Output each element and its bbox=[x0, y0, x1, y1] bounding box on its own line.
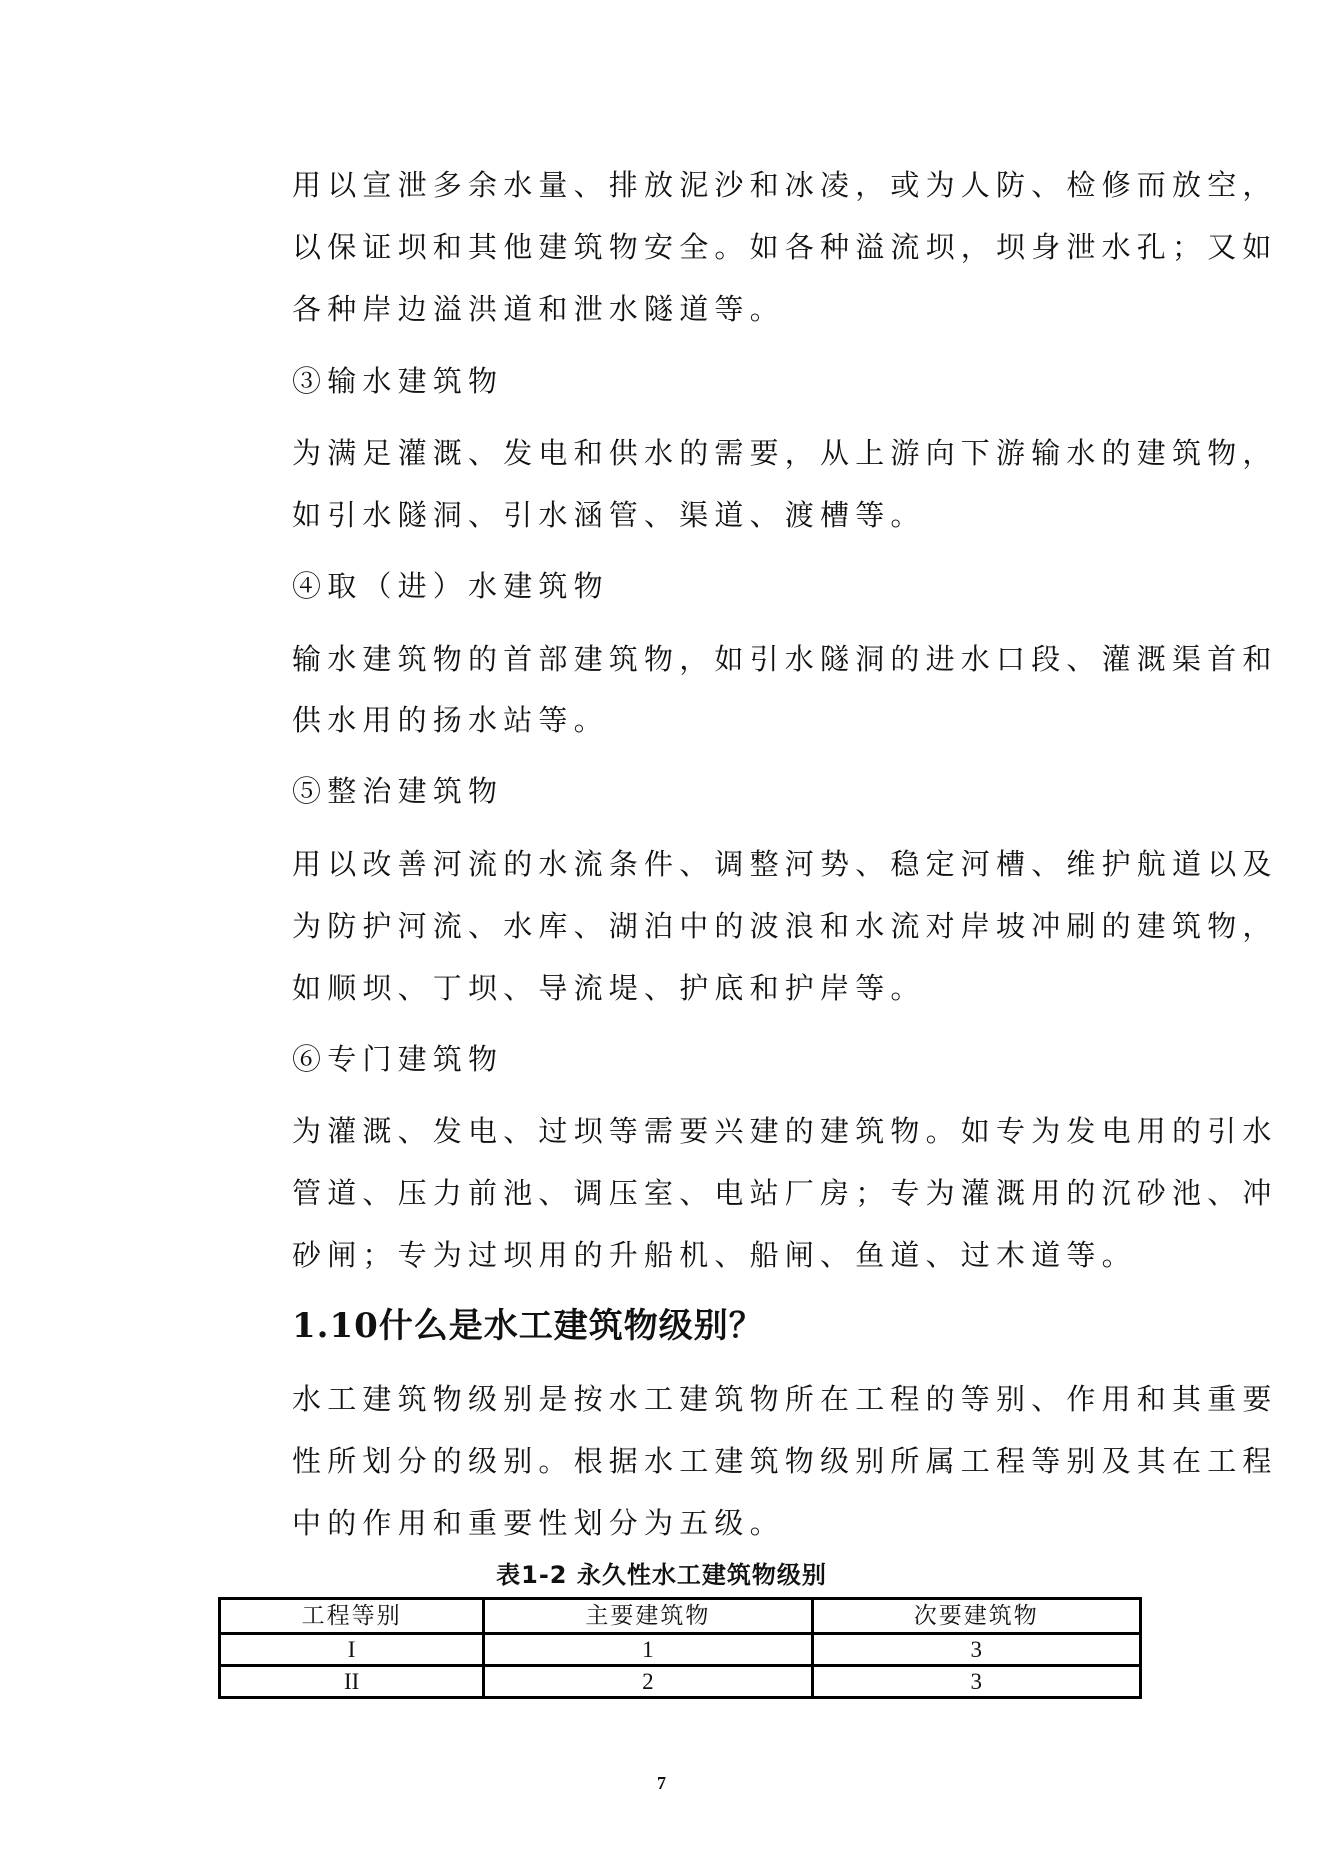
paragraph-line: 为防护河流、水库、湖泊中的波浪和水流对岸坡冲刷的建筑物， bbox=[292, 908, 1278, 944]
table-cell: 3 bbox=[812, 1634, 1140, 1666]
section-heading: 1.10什么是水工建筑物级别？ bbox=[292, 1306, 764, 1346]
building-grade-table: 工程等别 主要建筑物 次要建筑物 I 1 3 II 2 3 bbox=[218, 1597, 1142, 1699]
page-number: 7 bbox=[0, 1773, 1323, 1794]
paragraph-line: 如顺坝、丁坝、导流堤、护底和护岸等。 bbox=[292, 970, 926, 1006]
item-title-3: ③输水建筑物 bbox=[292, 363, 503, 399]
table-header-cell: 主要建筑物 bbox=[484, 1599, 812, 1634]
table-caption: 表1-2 永久性水工建筑物级别 bbox=[0, 1555, 1323, 1590]
table-cell: 1 bbox=[484, 1634, 812, 1666]
paragraph-line: 输水建筑物的首部建筑物，如引水隧洞的进水口段、灌溉渠首和 bbox=[292, 641, 1278, 677]
item-title-4: ④取（进）水建筑物 bbox=[292, 568, 609, 604]
paragraph-line: 用以宣泄多余水量、排放泥沙和冰凌，或为人防、检修而放空， bbox=[292, 167, 1278, 203]
table-cell: 2 bbox=[484, 1666, 812, 1698]
paragraph-line: 如引水隧洞、引水涵管、渠道、渡槽等。 bbox=[292, 497, 926, 533]
table-row: II 2 3 bbox=[220, 1666, 1141, 1698]
paragraph-line: 为灌溉、发电、过坝等需要兴建的建筑物。如专为发电用的引水 bbox=[292, 1113, 1278, 1149]
table-cell: 3 bbox=[812, 1666, 1140, 1698]
item-title-5: ⑤整治建筑物 bbox=[292, 773, 503, 809]
table-header-cell: 工程等别 bbox=[220, 1599, 484, 1634]
paragraph-line: 为满足灌溉、发电和供水的需要，从上游向下游输水的建筑物， bbox=[292, 435, 1278, 471]
paragraph-line: 各种岸边溢洪道和泄水隧道等。 bbox=[292, 291, 785, 327]
paragraph-line: 管道、压力前池、调压室、电站厂房；专为灌溉用的沉砂池、冲 bbox=[292, 1175, 1278, 1211]
table-cell: II bbox=[220, 1666, 484, 1698]
table-row: I 1 3 bbox=[220, 1634, 1141, 1666]
paragraph-line: 砂闸；专为过坝用的升船机、船闸、鱼道、过木道等。 bbox=[292, 1237, 1137, 1273]
table-header-cell: 次要建筑物 bbox=[812, 1599, 1140, 1634]
paragraph-line: 供水用的扬水站等。 bbox=[292, 702, 609, 738]
paragraph-line: 性所划分的级别。根据水工建筑物级别所属工程等别及其在工程 bbox=[292, 1443, 1278, 1479]
item-title-6: ⑥专门建筑物 bbox=[292, 1041, 503, 1077]
paragraph-line: 以保证坝和其他建筑物安全。如各种溢流坝，坝身泄水孔；又如 bbox=[292, 229, 1278, 265]
table-cell: I bbox=[220, 1634, 484, 1666]
paragraph-line: 中的作用和重要性划分为五级。 bbox=[292, 1505, 785, 1541]
paragraph-line: 用以改善河流的水流条件、调整河势、稳定河槽、维护航道以及 bbox=[292, 846, 1278, 882]
paragraph-line: 水工建筑物级别是按水工建筑物所在工程的等别、作用和其重要 bbox=[292, 1381, 1278, 1417]
table-header-row: 工程等别 主要建筑物 次要建筑物 bbox=[220, 1599, 1141, 1634]
